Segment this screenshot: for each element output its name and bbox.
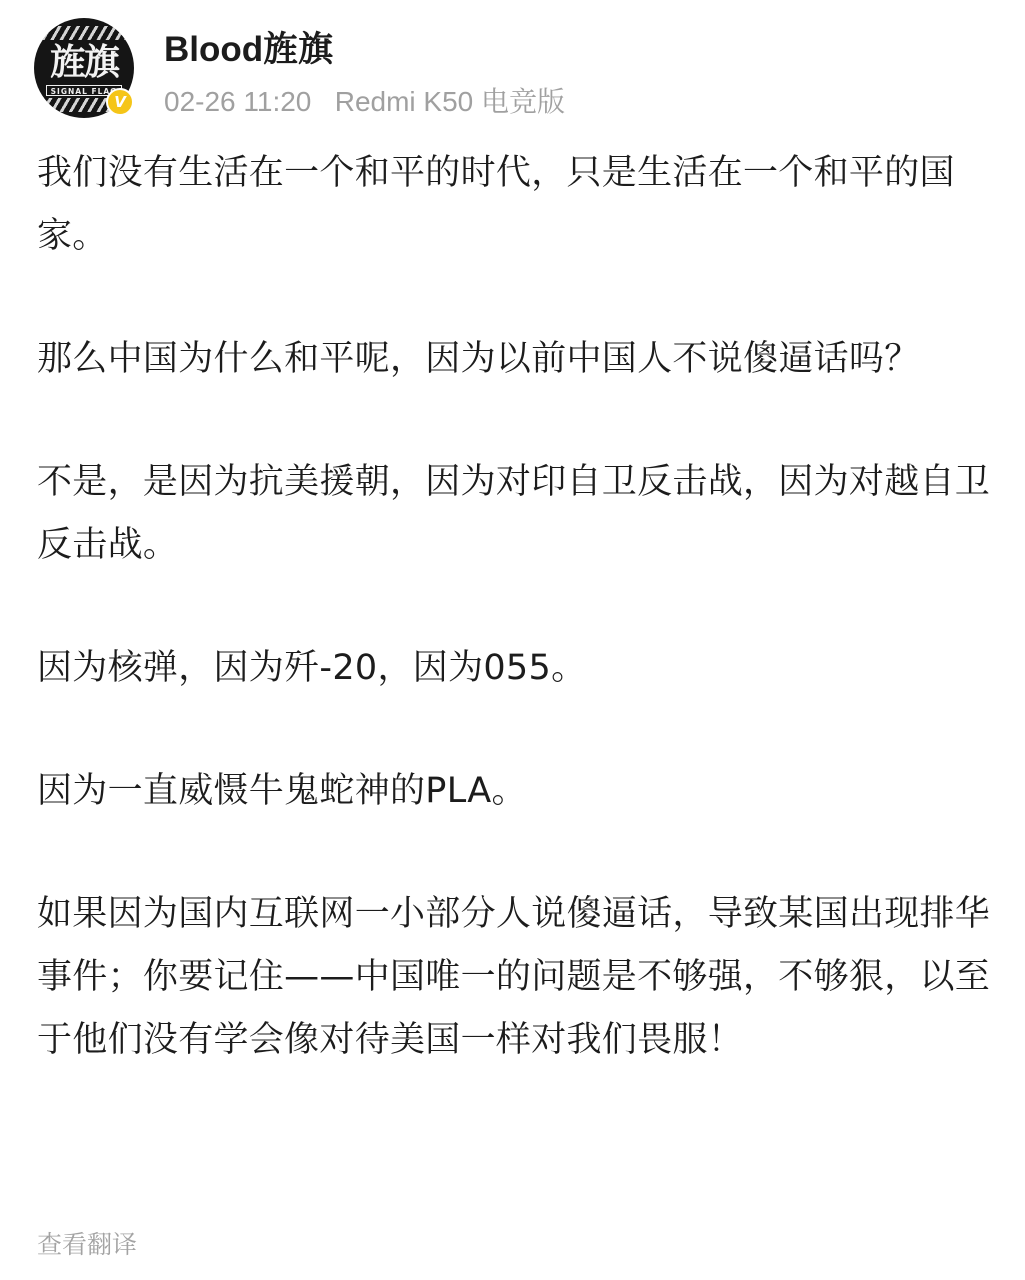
post-timestamp: 02-26 11:20: [164, 86, 311, 117]
view-translation-link[interactable]: 查看翻译: [37, 1225, 137, 1261]
post-paragraph: 因为一直威慑牛鬼蛇神的PLA。: [37, 760, 992, 823]
post-paragraph: 那么中国为什么和平呢，因为以前中国人不说傻逼话吗？: [37, 328, 992, 391]
post-header: 旌旗 SIGNAL FLAG V Blood旌旗 02-26 11:20 Red…: [34, 18, 994, 118]
avatar-stripes-decoration: [34, 26, 134, 40]
post-meta: 02-26 11:20 Redmi K50 电竞版: [164, 80, 565, 120]
verified-badge-icon: V: [106, 88, 134, 116]
post-paragraph: 如果因为国内互联网一小部分人说傻逼话，导致某国出现排华事件；你要记住——中国唯一…: [37, 883, 992, 1072]
avatar-logo-text: 旌旗: [34, 40, 134, 84]
post-paragraph: 不是，是因为抗美援朝，因为对印自卫反击战，因为对越自卫反击战。: [37, 451, 992, 577]
post-paragraph: 我们没有生活在一个和平的时代，只是生活在一个和平的国家。: [37, 142, 992, 268]
author-name[interactable]: Blood旌旗: [164, 22, 333, 72]
post-body: 我们没有生活在一个和平的时代，只是生活在一个和平的国家。 那么中国为什么和平呢，…: [37, 142, 992, 1132]
post-paragraph: 因为核弹，因为歼-20，因为055。: [37, 637, 992, 700]
post-device: Redmi K50 电竞版: [335, 86, 565, 117]
